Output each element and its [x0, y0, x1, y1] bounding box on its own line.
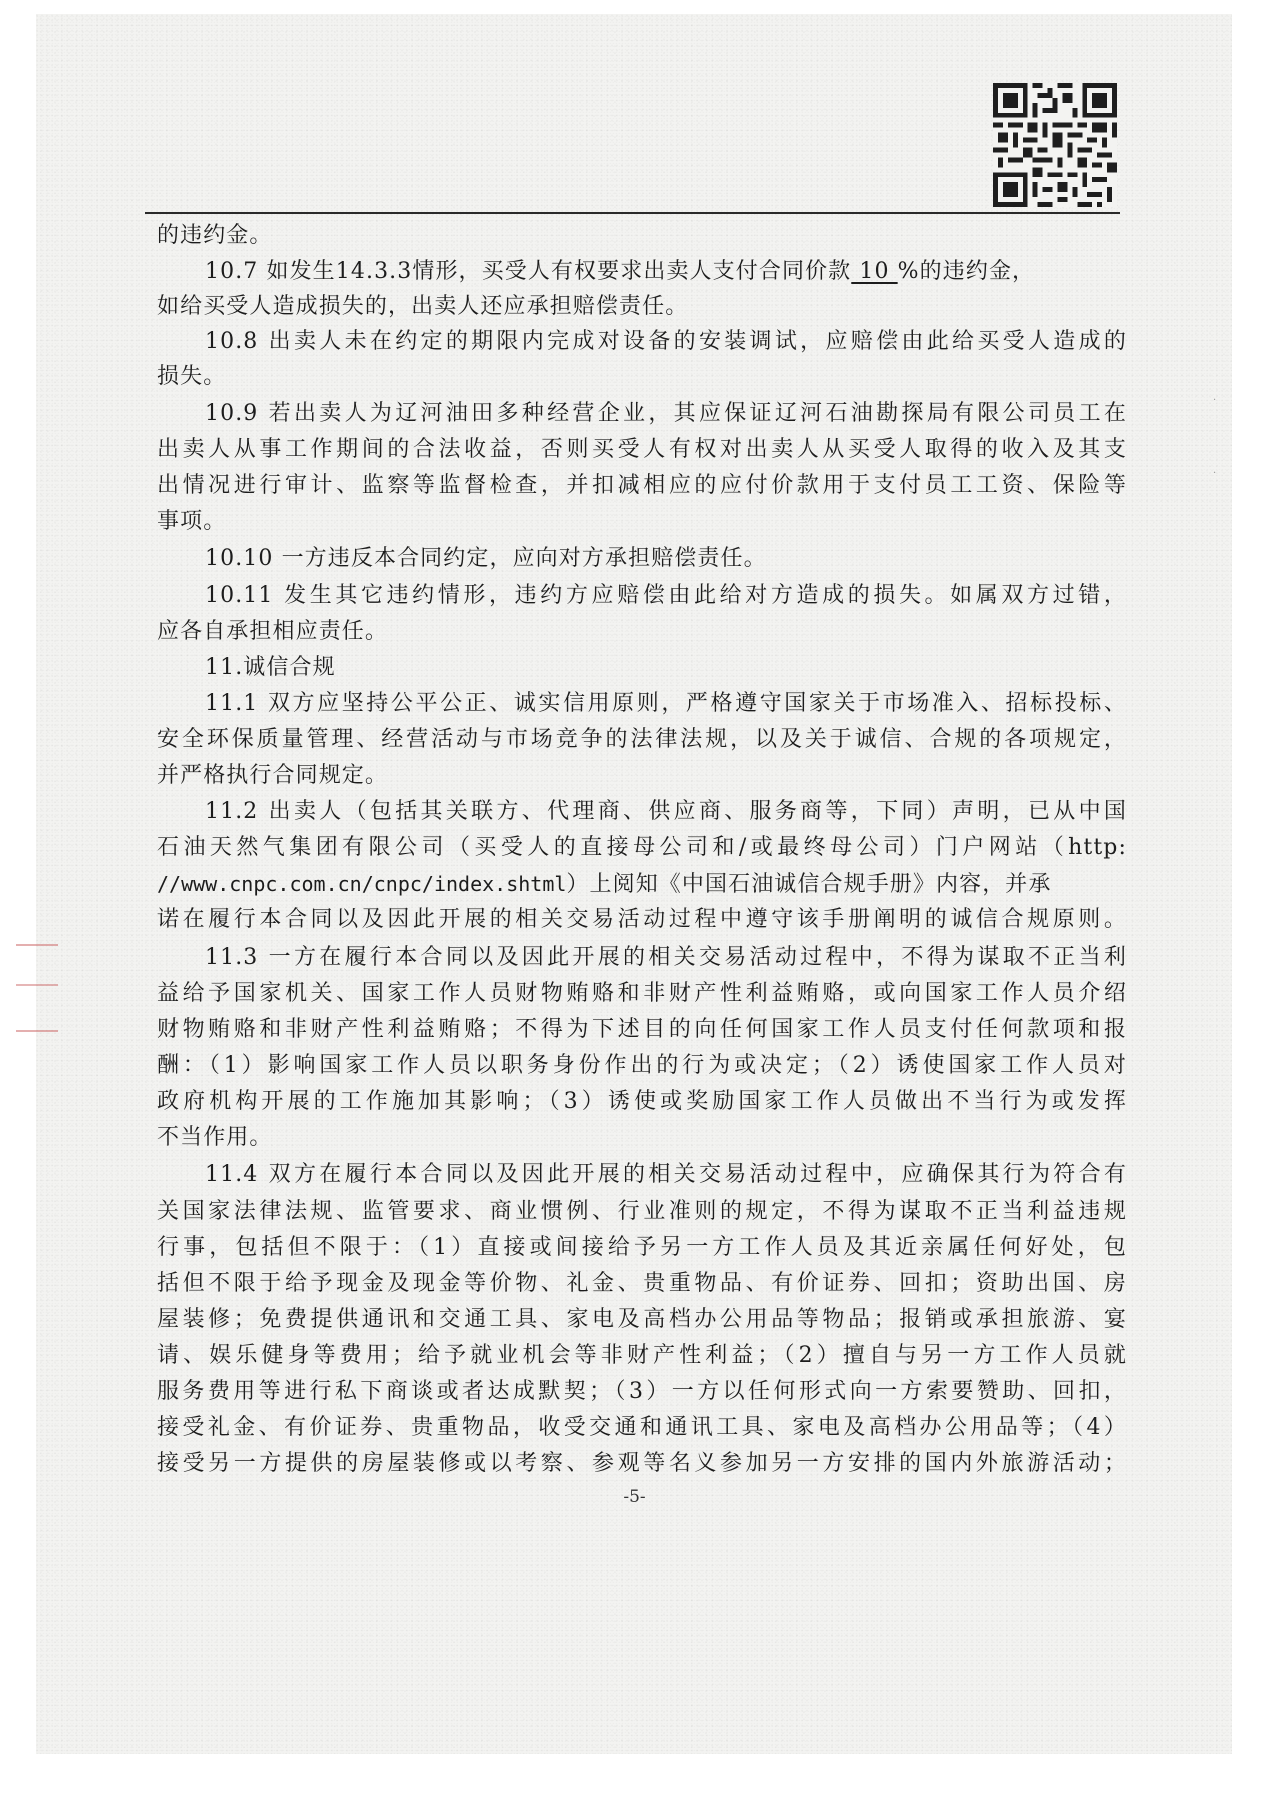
text-line: 政府机构开展的工作施加其影响；（3）诱使或奖励国家工作人员做出不当行为或发挥 — [157, 1088, 1127, 1116]
text-line: 接受礼金、有价证券、贵重物品，收受交通和通讯工具、家电及高档办公用品等；（4） — [157, 1414, 1127, 1442]
clause-11-3: 11.3 一方在履行本合同以及因此开展的相关交易活动过程中，不得为谋取不正当利 — [205, 944, 1127, 972]
text-line: 石油天然气集团有限公司（买受人的直接母公司和/或最终母公司）门户网站（http: — [157, 834, 1127, 862]
scan-speck: · — [1213, 395, 1216, 406]
text-line: 请、娱乐健身等费用；给予就业机会等非财产性利益；（2）擅自与另一方工作人员就 — [157, 1342, 1127, 1370]
text-line: 益给予国家机关、国家工作人员财物贿赂和非财产性利益贿赂，或向国家工作人员介绍 — [157, 980, 1127, 1008]
penalty-percent-value: 10 — [851, 259, 897, 284]
clause-text: %的违约金， — [898, 259, 1036, 284]
text-line: 财物贿赂和非财产性利益贿赂；不得为下述目的向任何国家工作人员支付任何款项和报 — [157, 1016, 1127, 1044]
text-line: 应各自承担相应责任。 — [157, 618, 1127, 646]
page-number: -5- — [0, 1487, 1269, 1507]
clause-10-10: 10.10 一方违反本合同约定，应向对方承担赔偿责任。 — [205, 545, 1127, 573]
text-line: 的违约金。 — [157, 222, 1127, 250]
text-line: 如给买受人造成损失的，出卖人还应承担赔偿责任。 — [157, 293, 1127, 321]
scan-speck: · — [1213, 468, 1216, 479]
text-line: 出情况进行审计、监察等监督检查，并扣减相应的应付价款用于支付员工工资、保险等 — [157, 472, 1127, 500]
text-line: 服务费用等进行私下商谈或者达成默契；（3）一方以任何形式向一方索要赞助、回扣， — [157, 1378, 1127, 1406]
clause-text: 10.7 如发生14.3.3情形，买受人有权要求出卖人支付合同价款 — [205, 259, 851, 284]
header-rule — [145, 212, 1120, 214]
text-line: 安全环保质量管理、经营活动与市场竞争的法律法规，以及关于诚信、合规的各项规定， — [157, 726, 1127, 754]
text-line: 行事，包括但不限于：（1）直接或间接给予另一方工作人员及其近亲属任何好处，包 — [157, 1234, 1127, 1262]
clause-10-9: 10.9 若出卖人为辽河油田多种经营企业，其应保证辽河石油勘探局有限公司员工在 — [205, 400, 1127, 428]
text-line: 括但不限于给予现金及现金等价物、礼金、贵重物品、有价证券、回扣；资助出国、房 — [157, 1270, 1127, 1298]
clause-11-4: 11.4 双方在履行本合同以及因此开展的相关交易活动过程中，应确保其行为符合有 — [205, 1161, 1127, 1189]
clause-10-7: 10.7 如发生14.3.3情形，买受人有权要求出卖人支付合同价款 10 %的违… — [205, 258, 1127, 286]
text-line: 不当作用。 — [157, 1124, 1127, 1152]
url-line: //www.cnpc.com.cn/cnpc/index.shtml）上阅知《中… — [157, 870, 1127, 899]
clause-10-11: 10.11 发生其它违约情形，违约方应赔偿由此给对方造成的损失。如属双方过错， — [205, 582, 1127, 610]
text-line: 并严格执行合同规定。 — [157, 762, 1127, 790]
text-line: 接受另一方提供的房屋装修或以考察、参观等名义参加另一方安排的国内外旅游活动； — [157, 1450, 1127, 1478]
text-line: 出卖人从事工作期间的合法收益，否则买受人有权对出卖人从买受人取得的收入及其支 — [157, 436, 1127, 464]
text-line: 酬：（1）影响国家工作人员以职务身份作出的行为或决定；（2）诱使国家工作人员对 — [157, 1052, 1127, 1080]
clause-10-8: 10.8 出卖人未在约定的期限内完成对设备的安装调试，应赔偿由此给买受人造成的 — [205, 328, 1127, 356]
seal-stamp-icon — [16, 944, 58, 1032]
text-line: 损失。 — [157, 363, 1127, 391]
cnpc-portal-link[interactable]: //www.cnpc.com.cn/cnpc/index.shtml — [157, 872, 566, 896]
text-line: 屋装修；免费提供通讯和交通工具、家电及高档办公用品等物品；报销或承担旅游、宴 — [157, 1306, 1127, 1334]
clause-11-2: 11.2 出卖人（包括其关联方、代理商、供应商、服务商等，下同）声明，已从中国 — [205, 798, 1127, 826]
text-line: 诺在履行本合同以及因此开展的相关交易活动过程中遵守该手册阐明的诚信合规原则。 — [157, 906, 1127, 934]
qr-code-icon — [993, 82, 1117, 208]
clause-11-1: 11.1 双方应坚持公平公正、诚实信用原则，严格遵守国家关于市场准入、招标投标、 — [205, 690, 1127, 718]
clause-text: ）上阅知《中国石油诚信合规手册》内容，并承 — [566, 872, 1051, 897]
text-line: 事项。 — [157, 508, 1127, 536]
section-heading-11: 11.诚信合规 — [205, 654, 1127, 682]
text-line: 关国家法律法规、监管要求、商业惯例、行业准则的规定，不得为谋取不正当利益违规 — [157, 1198, 1127, 1226]
